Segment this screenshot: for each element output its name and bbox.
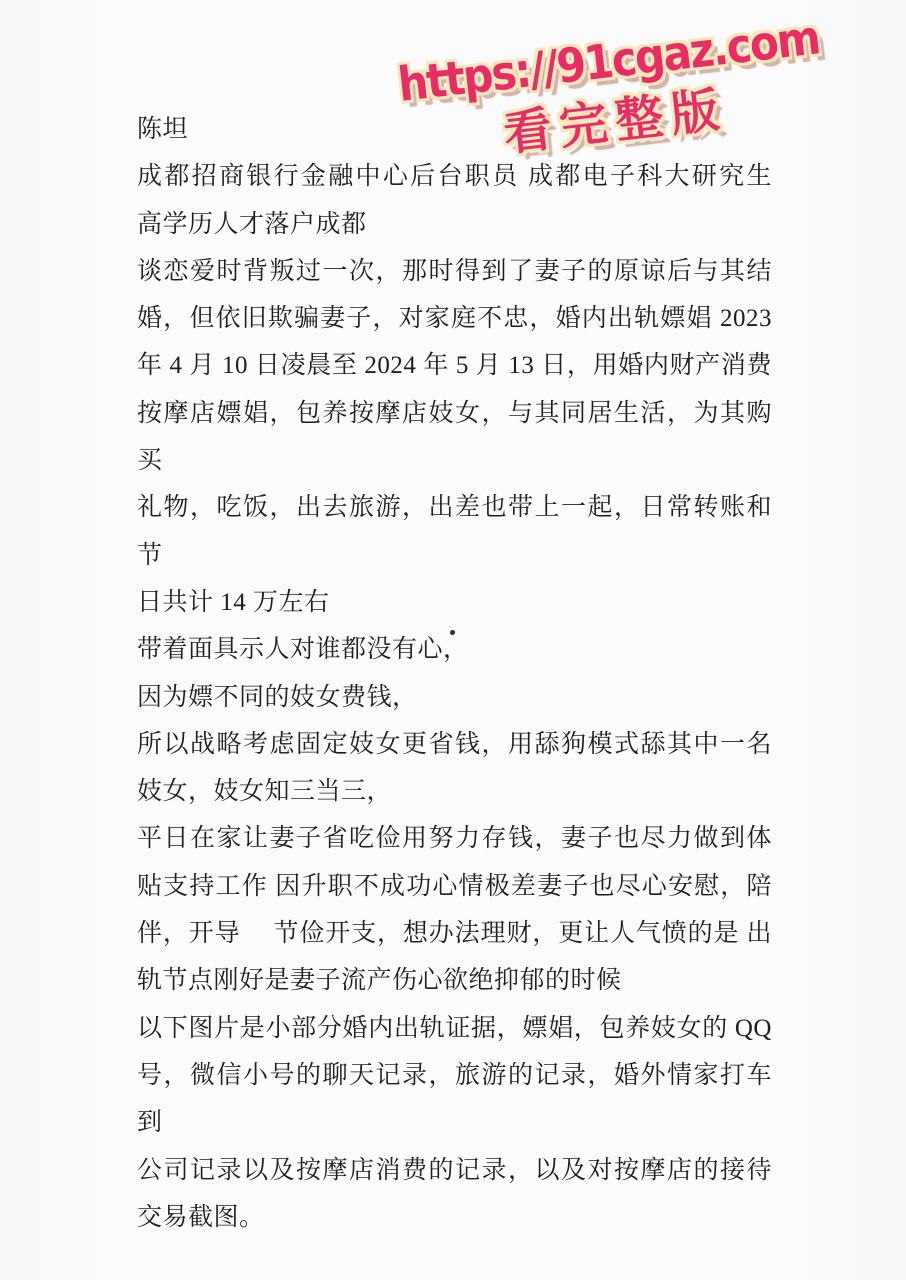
document-line: 平日在家让妻子省吃俭用努力存钱，妻子也尽力做到体 [137,815,772,862]
document-line: 号，微信小号的聊天记录，旅游的记录，婚外情家打车到 [137,1052,772,1147]
document-line: 妓女，妓女知三当三， [137,768,772,815]
document-line: 年 4 月 10 日凌晨至 2024 年 5 月 13 日，用婚内财产消费 [137,342,772,389]
document-line: 按摩店嫖娼，包养按摩店妓女，与其同居生活，为其购买 [137,390,772,485]
document-text: 陈坦 成都招商银行金融中心后台职员 成都电子科大研究生 高学历人才落户成都 谈恋… [137,106,772,1241]
document-line: 贴支持工作 因升职不成功心情极差妻子也尽心安慰，陪 [137,863,772,910]
document-line: 公司记录以及按摩店消费的记录，以及对按摩店的接待 [137,1147,772,1194]
document-line: 婚，但依旧欺骗妻子，对家庭不忠，婚内出轨嫖娼 2023 [137,295,772,342]
document-line: 陈坦 [137,106,772,153]
document-line: 伴，开导 节俭开支，想办法理财，更让人气愤的是 出 [137,910,772,957]
document-line: 交易截图。 [137,1194,772,1241]
document-line: 礼物，吃饭，出去旅游，出差也带上一起，日常转账和节 [137,484,772,579]
document-line: 以下图片是小部分婚内出轨证据，嫖娼，包养妓女的 QQ [137,1005,772,1052]
document-page: { "page": { "background_color": "#fbfbfb… [0,0,906,1280]
watermark-url-text: https://91cgaz.com [395,10,822,114]
document-line: 高学历人才落户成都 [137,201,772,248]
document-line: 日共计 14 万左右 [137,579,772,626]
document-line: 所以战略考虑固定妓女更省钱，用舔狗模式舔其中一名 [137,721,772,768]
document-line: 成都招商银行金融中心后台职员 成都电子科大研究生 [137,153,772,200]
document-line: 因为嫖不同的妓女费钱， [137,674,772,721]
document-line: 轨节点刚好是妻子流产伤心欲绝抑郁的时候 [137,957,772,1004]
document-line: 谈恋爱时背叛过一次，那时得到了妻子的原谅后与其结 [137,248,772,295]
stray-dot-artifact [450,630,455,635]
